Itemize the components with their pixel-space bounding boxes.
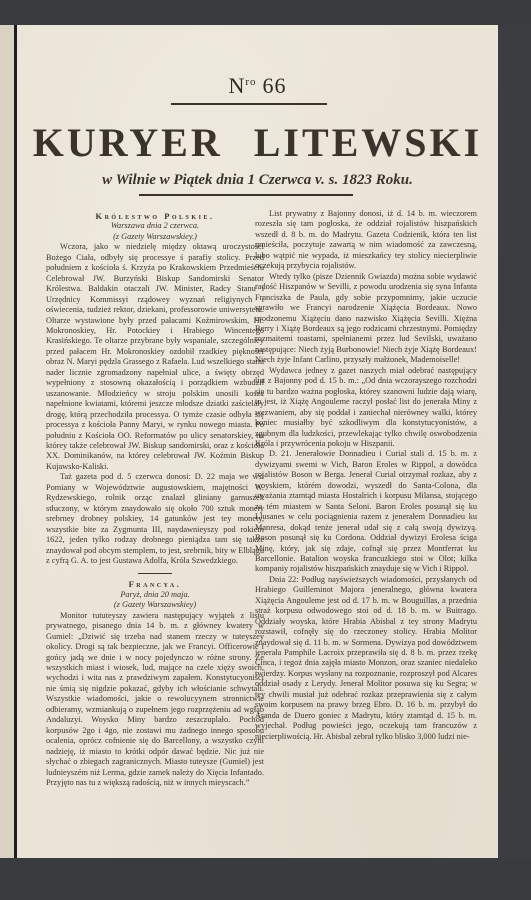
article-paragraph: D. 21. Jenerałowie Donnadieu i Curial st… — [255, 449, 477, 574]
issue-number: Nro66 — [17, 73, 498, 99]
article-paragraph: Taż gazeta pod d. 5 czerwca donosi: D. 2… — [46, 472, 264, 566]
section-place-date: Warszawa dnia 2 czerwca. — [46, 221, 264, 231]
section-source: (z Gazety Warszawskiey.) — [46, 232, 264, 242]
issue-number-value: 66 — [263, 73, 287, 98]
article-paragraph: List prywatny z Bajonny donosi, iż d. 14… — [255, 209, 477, 272]
article-paragraph: Monitor tututeyszy zawiera następujący w… — [46, 611, 264, 789]
section-place-date: Paryż, dnia 20 maja. — [46, 590, 264, 600]
section-divider — [138, 573, 172, 574]
article-paragraph: Dnia 22: Podług nayświeższych wiadomości… — [255, 575, 477, 742]
issue-number-sup: ro — [245, 76, 256, 88]
facing-page-edge — [0, 25, 17, 858]
section-source: (z Gazety Warszawskiey) — [46, 600, 264, 610]
dateline: w Wilnie w Piątek dnia 1 Czerwca v. s. 1… — [17, 172, 498, 189]
scanner-background-right — [498, 25, 531, 858]
article-paragraph: Wtedy tylko (pisze Dziennik Gwiazda) moż… — [255, 272, 477, 366]
article-paragraph: Wydawca jedney z gazet naszych miał odeb… — [255, 366, 477, 450]
right-column: List prywatny z Bajonny donosi, iż d. 14… — [255, 209, 477, 742]
masthead-rule-bottom — [139, 194, 353, 196]
article-paragraph: Wczora, jako w niedzielę między oktawą u… — [46, 242, 264, 472]
issue-number-prefix: N — [228, 73, 245, 98]
newspaper-title: KURYER LITEWSKI — [17, 119, 498, 166]
newspaper-page: Nro66 KURYER LITEWSKI w Wilnie w Piątek … — [17, 25, 498, 858]
section-heading-france: Francya. — [46, 579, 264, 589]
scanner-background-top — [0, 0, 531, 25]
section-heading-poland: Królestwo Polskie. — [46, 211, 264, 221]
left-column: Królestwo Polskie. Warszawa dnia 2 czerw… — [46, 209, 264, 788]
masthead-rule-top — [171, 103, 327, 105]
scanner-background-bottom — [0, 858, 531, 900]
